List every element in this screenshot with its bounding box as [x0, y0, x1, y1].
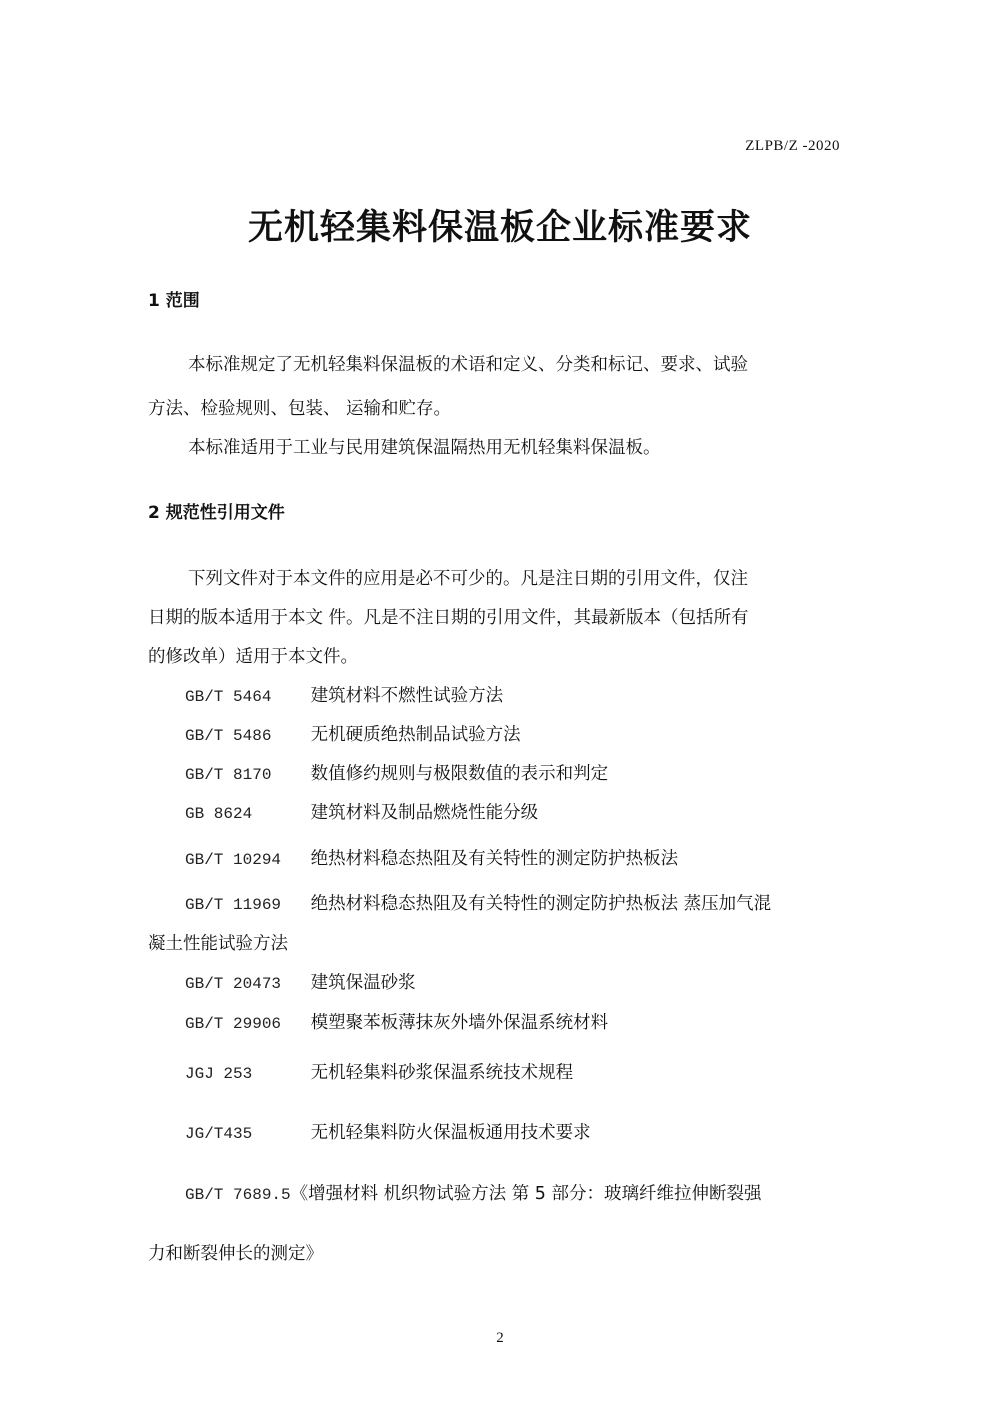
references-intro-line-1: 下列文件对于本文件的应用是必不可少的。凡是注日期的引用文件，仅注	[188, 565, 748, 590]
reference-code: JG/T435	[185, 1125, 305, 1143]
reference-item: GB/T 7689.5《增强材料 机织物试验方法 第 5 部分：玻璃纤维拉伸断裂…	[185, 1180, 762, 1205]
reference-item: GB/T 11969 绝热材料稳态热阻及有关特性的测定防护热板法 蒸压加气混	[185, 890, 771, 915]
reference-item: GB/T 8170 数值修约规则与极限数值的表示和判定	[185, 760, 608, 785]
scope-paragraph-1-line-1: 本标准规定了无机轻集料保温板的术语和定义、分类和标记、要求、试验	[188, 351, 748, 376]
reference-code: GB/T 11969	[185, 896, 305, 914]
reference-code: GB/T 5464	[185, 688, 305, 706]
reference-item: GB/T 5464 建筑材料不燃性试验方法	[185, 682, 503, 707]
reference-title: 建筑材料及制品燃烧性能分级	[311, 803, 539, 823]
reference-code: GB 8624	[185, 805, 305, 823]
reference-title-continuation: 凝土性能试验方法	[148, 930, 288, 955]
reference-title: 绝热材料稳态热阻及有关特性的测定防护热板法	[311, 849, 679, 869]
section-heading-scope: 1 范围	[148, 286, 200, 311]
document-code: ZLPB/Z -2020	[0, 138, 840, 155]
reference-code: GB/T 7689.5	[185, 1186, 291, 1204]
page-number: 2	[0, 1330, 1000, 1347]
reference-title: 《增强材料 机织物试验方法 第 5 部分：玻璃纤维拉伸断裂强	[291, 1184, 762, 1204]
reference-title: 绝热材料稳态热阻及有关特性的测定防护热板法 蒸压加气混	[311, 894, 772, 914]
reference-item: GB/T 29906 模塑聚苯板薄抹灰外墙外保温系统材料	[185, 1009, 608, 1034]
reference-code: GB/T 20473	[185, 975, 305, 993]
reference-title: 建筑材料不燃性试验方法	[311, 686, 504, 706]
reference-item: GB/T 20473 建筑保温砂浆	[185, 969, 416, 994]
reference-title: 无机硬质绝热制品试验方法	[311, 725, 521, 745]
scope-paragraph-1-line-2: 方法、检验规则、包装、 运输和贮存。	[148, 395, 451, 420]
reference-title: 无机轻集料防火保温板通用技术要求	[311, 1123, 591, 1143]
reference-title: 模塑聚苯板薄抹灰外墙外保温系统材料	[311, 1013, 609, 1033]
reference-title: 无机轻集料砂浆保温系统技术规程	[311, 1063, 574, 1083]
reference-item: JGJ 253 无机轻集料砂浆保温系统技术规程	[185, 1059, 573, 1084]
reference-code: GB/T 10294	[185, 851, 305, 869]
reference-code: JGJ 253	[185, 1065, 305, 1083]
references-intro-line-3: 的修改单）适用于本文件。	[148, 643, 358, 668]
reference-item: JG/T435 无机轻集料防火保温板通用技术要求	[185, 1119, 591, 1144]
reference-code: GB/T 5486	[185, 727, 305, 745]
reference-code: GB/T 8170	[185, 766, 305, 784]
scope-paragraph-2: 本标准适用于工业与民用建筑保温隔热用无机轻集料保温板。	[188, 434, 661, 459]
section-heading-normative-references: 2 规范性引用文件	[148, 498, 285, 523]
reference-item: GB/T 10294 绝热材料稳态热阻及有关特性的测定防护热板法	[185, 845, 678, 870]
reference-title-continuation: 力和断裂伸长的测定》	[148, 1240, 323, 1265]
reference-title: 数值修约规则与极限数值的表示和判定	[311, 764, 609, 784]
reference-code: GB/T 29906	[185, 1015, 305, 1033]
document-title: 无机轻集料保温板企业标准要求	[0, 200, 1000, 250]
reference-title: 建筑保温砂浆	[311, 973, 416, 993]
reference-item: GB/T 5486 无机硬质绝热制品试验方法	[185, 721, 521, 746]
references-intro-line-2: 日期的版本适用于本文 件。凡是不注日期的引用文件，其最新版本（包括所有	[148, 604, 749, 629]
reference-item: GB 8624 建筑材料及制品燃烧性能分级	[185, 799, 538, 824]
